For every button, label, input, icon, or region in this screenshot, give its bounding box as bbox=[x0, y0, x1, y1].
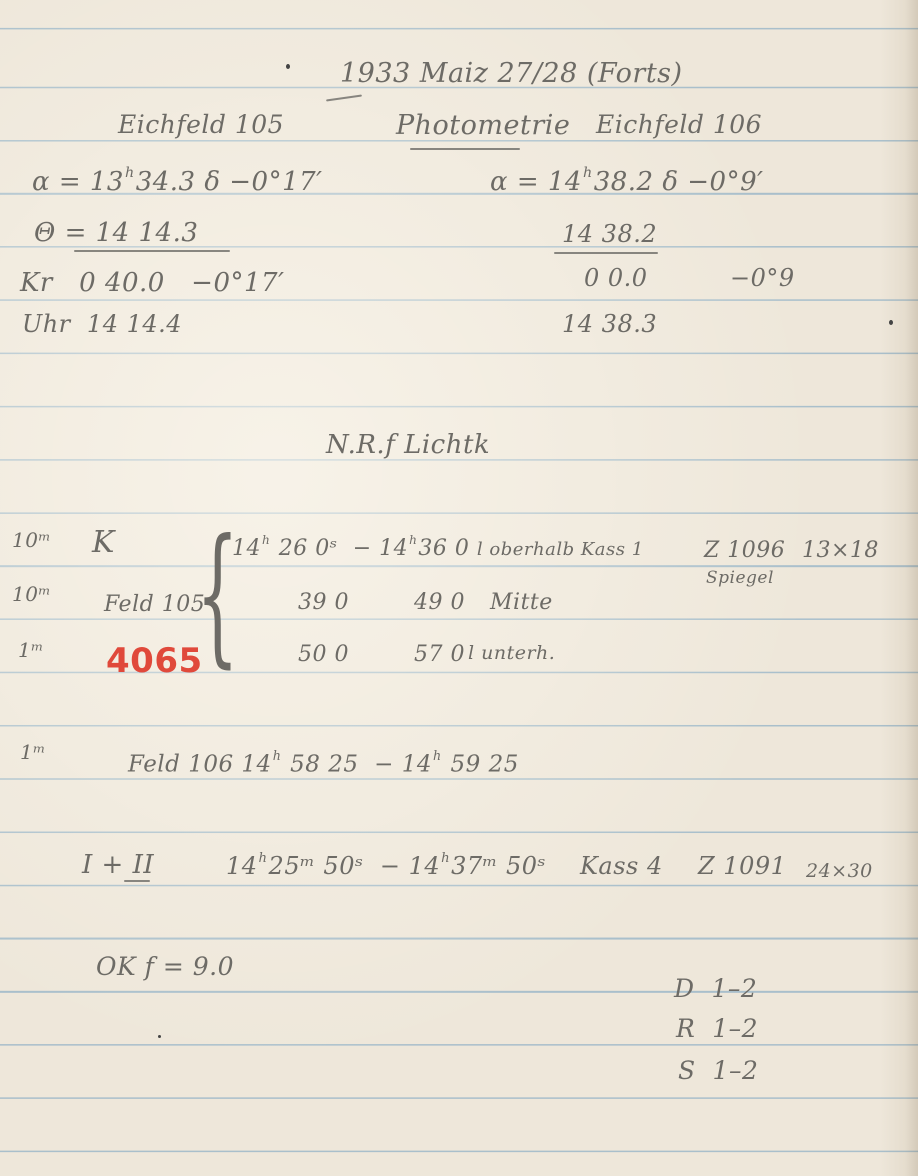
row1-duration: 10ᵐ bbox=[12, 530, 51, 550]
kr-delta: −0°17′ bbox=[191, 268, 284, 298]
date-heading: 1933 Maiz 27/28 (Forts) bbox=[340, 60, 683, 87]
plate-note: Spiegel bbox=[706, 570, 774, 587]
start-hour: 14 bbox=[241, 751, 271, 777]
row2-duration: 10ᵐ bbox=[12, 584, 51, 604]
theta-value: 14 14.3 bbox=[96, 218, 199, 248]
alpha-label: α = bbox=[490, 167, 539, 197]
date-mark bbox=[326, 95, 362, 102]
rating-row: D 1–2 bbox=[674, 976, 757, 1001]
combined-underline bbox=[124, 880, 150, 882]
end-min-sec: 36 0 bbox=[418, 536, 469, 561]
start-hour: 14 bbox=[226, 852, 258, 880]
title-underline bbox=[410, 148, 520, 150]
kr-delta-right: −0°9 bbox=[730, 266, 795, 290]
row3-note: l unterh. bbox=[468, 644, 555, 663]
alpha-hours: 13 bbox=[90, 167, 124, 197]
alpha-minutes: 34.3 bbox=[136, 167, 196, 197]
rating-value: 1–2 bbox=[712, 1014, 758, 1043]
ink-speck bbox=[889, 320, 893, 325]
section-title: N.R.f Lichtk bbox=[326, 432, 490, 458]
plate-number-red: 4065 bbox=[106, 644, 203, 678]
row3-end: 57 0 bbox=[414, 644, 465, 666]
end-hour: 14 bbox=[409, 852, 441, 880]
theta-right-underline bbox=[554, 252, 658, 254]
uhr-right: 14 38.3 bbox=[562, 312, 657, 336]
kr-label: Kr bbox=[20, 268, 53, 298]
combined-cassette: Kass 4 bbox=[580, 854, 663, 878]
theta-left: Θ = 14 14.3 bbox=[34, 220, 198, 246]
alpha-label: α = bbox=[32, 167, 81, 197]
rating-row: R 1–2 bbox=[676, 1016, 758, 1041]
alpha-minutes: 38.2 bbox=[594, 167, 654, 197]
rating-symbol: D bbox=[674, 974, 695, 1003]
uhr-label: Uhr bbox=[22, 310, 71, 338]
uhr-value: 14 14.4 bbox=[87, 310, 182, 338]
ink-speck bbox=[158, 1035, 161, 1038]
ok-line: OK f = 9.0 bbox=[96, 954, 234, 979]
combined-plate: Z 1091 bbox=[698, 854, 786, 878]
photometry-title: Photometrie bbox=[396, 112, 570, 139]
plate-size: 13×18 bbox=[802, 540, 879, 562]
rating-value: 1–2 bbox=[713, 1056, 759, 1085]
row3-duration: 1ᵐ bbox=[18, 640, 44, 660]
notebook-page: 1933 Maiz 27/28 (Forts) Eichfeld 105 Pho… bbox=[0, 0, 918, 1176]
start-hour: 14 bbox=[232, 536, 261, 561]
feld106-row: Feld 106 14h 58 25 − 14h 59 25 bbox=[128, 750, 519, 776]
start-min-sec: 26 0ˢ bbox=[279, 536, 338, 561]
field-right-heading: Eichfeld 106 bbox=[596, 112, 762, 137]
row2-start: 39 0 bbox=[298, 592, 349, 614]
row2-note: Mitte bbox=[490, 592, 553, 614]
rating-row: S 1–2 bbox=[678, 1058, 758, 1083]
end-min-sec: 37ᵐ 50ˢ bbox=[451, 852, 546, 880]
theta-label: Θ = bbox=[34, 218, 87, 248]
theta-right: 14 38.2 bbox=[562, 222, 657, 246]
uhr-left: Uhr 14 14.4 bbox=[22, 312, 182, 336]
feld106-label: Feld 106 bbox=[128, 751, 234, 777]
start-min-sec: 25ᵐ 50ˢ bbox=[269, 852, 364, 880]
delta-left: δ −0°17′ bbox=[204, 167, 322, 197]
kr-value: 0 40.0 bbox=[79, 268, 165, 298]
alpha-hours: 14 bbox=[548, 167, 582, 197]
row3-start: 50 0 bbox=[298, 644, 349, 666]
end-hour: 14 bbox=[379, 536, 408, 561]
plate-id: Z 1096 bbox=[704, 540, 785, 562]
combined-times: 14h25ᵐ 50ˢ − 14h37ᵐ 50ˢ bbox=[226, 852, 546, 878]
field-left-heading: Eichfeld 105 bbox=[118, 112, 284, 137]
theta-underline bbox=[74, 250, 230, 252]
delta-right: δ −0°9′ bbox=[662, 167, 763, 197]
end-hour: 14 bbox=[402, 751, 432, 777]
row2-label: Feld 105 bbox=[104, 594, 205, 616]
feld106-duration: 1ᵐ bbox=[20, 742, 46, 762]
alpha-right: α = 14h38.2 δ −0°9′ bbox=[490, 166, 764, 195]
kr-right: 0 0.0 bbox=[584, 266, 648, 290]
rating-symbol: R bbox=[676, 1014, 695, 1043]
rating-value: 1–2 bbox=[711, 974, 757, 1003]
ink-speck bbox=[286, 64, 290, 69]
combined-label: I + II bbox=[82, 852, 154, 878]
end-min-sec: 59 25 bbox=[451, 751, 519, 777]
combined-plate-size: 24×30 bbox=[806, 862, 873, 881]
kr-left: Kr 0 40.0 −0°17′ bbox=[20, 270, 284, 296]
row1-times: 14h 26 0ˢ − 14h36 0 l oberhalb Kass 1 bbox=[232, 534, 644, 560]
row1-label: K bbox=[92, 528, 115, 558]
alpha-left: α = 13h34.3 δ −0°17′ bbox=[32, 166, 323, 195]
row1-note: l oberhalb Kass 1 bbox=[477, 539, 644, 560]
start-min-sec: 58 25 bbox=[290, 751, 358, 777]
rating-symbol: S bbox=[678, 1056, 696, 1085]
row2-end: 49 0 bbox=[414, 592, 465, 614]
